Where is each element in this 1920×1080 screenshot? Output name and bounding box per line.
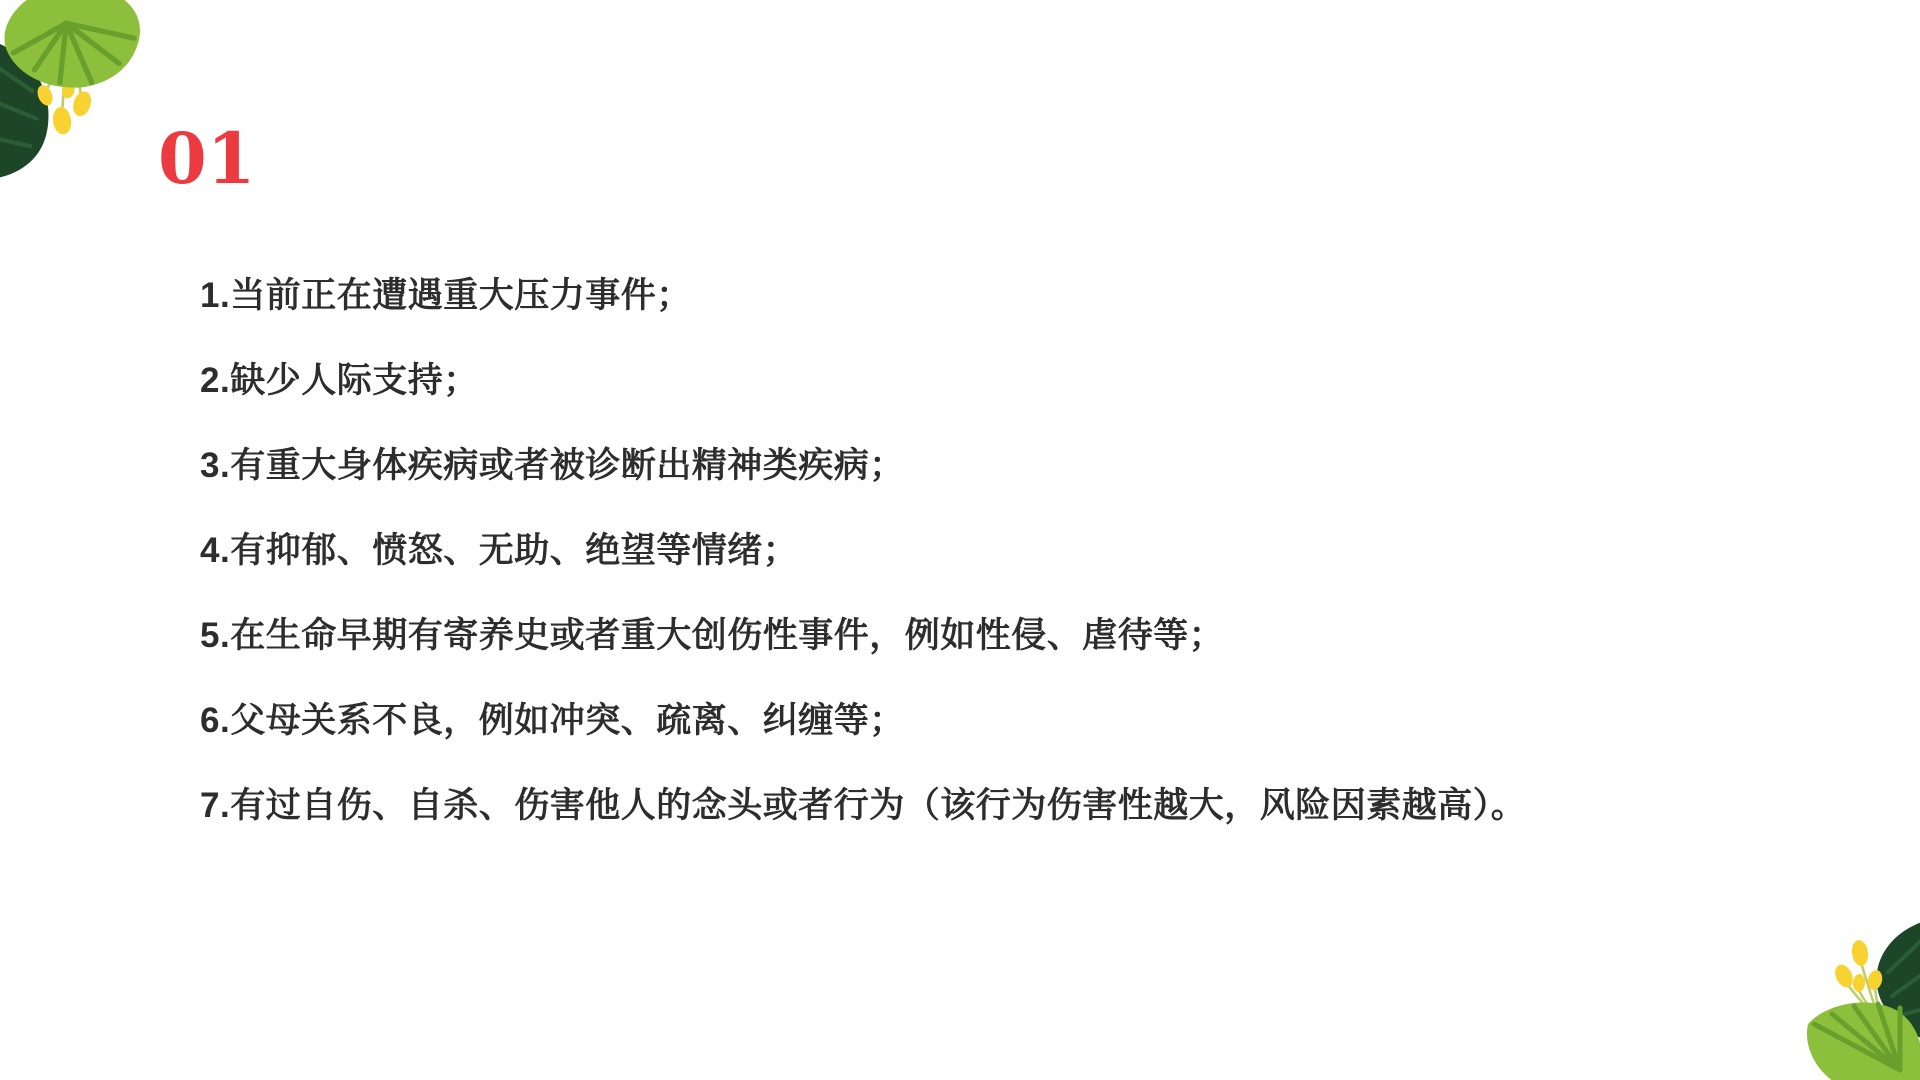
light-leaf-icon	[1807, 1002, 1920, 1080]
list-item: 7.有过自伤、自杀、伤害他人的念头或者行为（该行为伤害性越大，风险因素越高）。	[200, 788, 1526, 823]
bud-stems	[1846, 962, 1880, 1018]
list-item: 3.有重大身体疾病或者被诊断出精神类疾病；	[200, 448, 1526, 483]
list-item: 2.缺少人际支持；	[200, 363, 1526, 398]
list-item: 1.当前正在遭遇重大压力事件；	[200, 278, 1526, 313]
dark-leaf-icon	[1876, 922, 1920, 1038]
list-item: 6.父母关系不良，例如冲突、疏离、纠缠等；	[200, 703, 1526, 738]
leaf-decoration-bottom-right	[1740, 920, 1920, 1080]
section-number: 01	[158, 124, 255, 194]
yellow-buds	[1832, 939, 1885, 992]
bud-stems	[45, 61, 81, 114]
yellow-buds	[35, 79, 94, 136]
slide-canvas: 01 1.当前正在遭遇重大压力事件； 2.缺少人际支持； 3.有重大身体疾病或者…	[0, 0, 1920, 1080]
light-leaf-icon	[4, 0, 140, 88]
list-item: 4.有抑郁、愤怒、无助、绝望等情绪；	[200, 533, 1526, 568]
risk-factor-list: 1.当前正在遭遇重大压力事件； 2.缺少人际支持； 3.有重大身体疾病或者被诊断…	[200, 278, 1526, 873]
leaf-decoration-top-left	[0, 0, 160, 180]
list-item: 5.在生命早期有寄养史或者重大创伤性事件，例如性侵、虐待等；	[200, 618, 1526, 653]
dark-leaf-icon	[0, 40, 48, 180]
